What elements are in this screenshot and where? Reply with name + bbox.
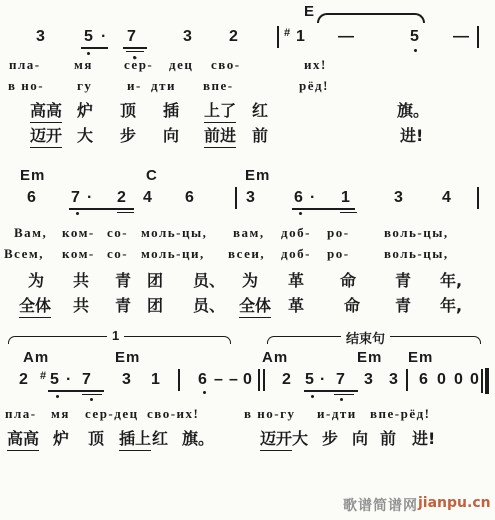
- lyric-ru: рёд!: [299, 78, 329, 94]
- jianpu-note: 1: [341, 189, 350, 207]
- chord-row-3: AmEmAmEmEm: [0, 349, 495, 371]
- lyric-ru: сво-: [211, 57, 241, 73]
- lyric-zh: 员、: [193, 293, 225, 316]
- rhythm-underline: [48, 390, 104, 392]
- lyric-zh: 团: [147, 268, 163, 291]
- lyric-zh: 向: [163, 123, 179, 146]
- lyric-zh: 向: [352, 426, 368, 449]
- lyric-zh: 青: [115, 268, 131, 291]
- octave-dot: [311, 395, 314, 398]
- lyric-zh: 团: [147, 293, 163, 316]
- lyric-zh: 高高: [7, 426, 39, 451]
- lyric-ru: воль-цы,: [384, 246, 449, 262]
- lyric-ru: всеи,: [228, 246, 265, 262]
- rhythm-underline: [69, 208, 134, 210]
- lyric-zh: 进!: [400, 123, 423, 146]
- lyric-zh: 迈开: [30, 123, 62, 148]
- jianpu-note: ·: [320, 371, 326, 389]
- rhythm-underline: [334, 394, 354, 396]
- octave-dot: [203, 391, 206, 394]
- rhythm-underline: [292, 208, 355, 210]
- watermark-site-url: jianpu.cn: [418, 495, 491, 511]
- lyric-zh: 上了: [204, 98, 236, 123]
- octave-dot: [76, 212, 79, 215]
- jianpu-note: 1: [151, 371, 160, 389]
- jianpu-note: 3: [122, 371, 131, 389]
- watermark-site-name: 歌谱简谱网: [343, 495, 418, 515]
- lyric-zh: 炉: [77, 98, 93, 121]
- lyric-zh: 命: [344, 293, 360, 316]
- rhythm-underline: [123, 47, 147, 49]
- octave-dot: [340, 398, 343, 401]
- lyric-zh: 旗。: [182, 426, 214, 449]
- lyric-zh: 全体: [19, 293, 51, 318]
- jianpu-note: ·: [310, 189, 316, 207]
- jianpu-note: 3: [389, 371, 398, 389]
- jianpu-note: —: [453, 28, 470, 46]
- jianpu-note: #: [284, 27, 291, 39]
- lyric-ru: гу: [77, 78, 92, 94]
- jianpu-note: 2: [117, 189, 126, 207]
- lyric-ru: воль-цы,: [384, 225, 449, 241]
- jianpu-note: 3: [394, 189, 403, 207]
- lyric-row-ru-2: в но-гуи-дтивпе-рёд!: [0, 78, 495, 100]
- rhythm-underline: [304, 390, 358, 392]
- jianpu-note: 7: [127, 28, 136, 46]
- lyric-ru: со-: [107, 246, 128, 262]
- jianpu-note: 2: [19, 371, 28, 389]
- lyric-row-zh-4: 全体共青团员、全体革命青年,: [0, 293, 495, 315]
- jianpu-note: 6: [419, 371, 428, 389]
- jianpu-note: 3: [36, 28, 45, 46]
- lyric-ru: доб-: [281, 225, 311, 241]
- lyric-ru: сво-их!: [147, 406, 199, 422]
- lyric-ru: ком-: [62, 246, 95, 262]
- barline: [263, 369, 265, 391]
- lyric-zh: 炉: [53, 426, 69, 449]
- jianpu-note: 5: [84, 28, 93, 46]
- jianpu-note: 5: [305, 371, 314, 389]
- jianpu-note: —: [338, 28, 355, 46]
- chord-label: Em: [408, 349, 433, 366]
- lyric-ru: ро-: [327, 225, 350, 241]
- jianpu-note: –: [214, 371, 223, 389]
- jianpu-note: 3: [364, 371, 373, 389]
- chord-label: Em: [115, 349, 140, 366]
- jianpu-note: ·: [87, 189, 93, 207]
- lyric-ru: сер-дец: [85, 406, 139, 422]
- lyric-ru: со-: [107, 225, 128, 241]
- jianpu-note: 1: [296, 28, 305, 46]
- lyric-row-ru-1: пла-мясе́р-децсво-их!: [0, 57, 495, 79]
- lyric-zh: 步: [322, 426, 338, 449]
- chord-label: Em: [357, 349, 382, 366]
- lyric-row-ru-4: Всем,ком-со-моль-ци,всеи,доб-ро-воль-цы,: [0, 246, 495, 268]
- lyric-zh: 为: [28, 268, 44, 291]
- jianpu-note: 3: [246, 189, 255, 207]
- lyric-row-zh-1: 高高炉顶插上了红旗。: [0, 98, 495, 120]
- lyric-ru: Вам,: [14, 225, 47, 241]
- lyric-ru: мя: [51, 406, 70, 422]
- lyric-ru: вам,: [233, 225, 265, 241]
- octave-dot: [299, 212, 302, 215]
- lyric-zh: 年,: [440, 293, 462, 316]
- lyric-ru: в но-: [8, 78, 44, 94]
- chord-label: Am: [262, 349, 288, 366]
- final-barline-thin: [481, 369, 483, 393]
- lyric-zh: 步: [120, 123, 136, 146]
- final-barline-thick: [485, 368, 489, 394]
- lyric-zh: 为: [242, 268, 258, 291]
- lyric-zh: 前: [252, 123, 268, 146]
- rhythm-underline: [117, 212, 134, 214]
- jianpu-note: 2: [229, 28, 238, 46]
- lyric-zh: 插: [163, 98, 179, 121]
- lyric-zh: 共: [73, 293, 89, 316]
- rhythm-underline: [81, 47, 108, 49]
- jianpu-note: 7: [71, 189, 80, 207]
- octave-dot: [87, 52, 90, 55]
- lyric-zh: 年,: [440, 268, 462, 291]
- jianpu-note: 7: [336, 371, 345, 389]
- lyric-ru: пла-: [5, 406, 37, 422]
- lyric-zh: 全体: [239, 293, 271, 318]
- rhythm-underline: [82, 394, 102, 396]
- lyric-ru: се́р-: [124, 57, 153, 73]
- lyric-zh: 旗。: [397, 98, 429, 121]
- octave-dot: [56, 395, 59, 398]
- octave-dot: [414, 49, 417, 52]
- lyric-zh: 插上: [119, 426, 151, 451]
- lyric-zh: 命: [340, 268, 356, 291]
- lyric-zh: 红: [152, 426, 168, 449]
- octave-dot: [90, 398, 93, 401]
- volta-label-1: 1: [107, 328, 124, 343]
- jianpu-note: –: [229, 371, 238, 389]
- jianpu-note: 4: [442, 189, 451, 207]
- barline: [178, 369, 180, 391]
- lyric-row-ru-5: пла-мясер-децсво-их!в но-гуи-дтивпе-рёд!: [0, 406, 495, 428]
- chord-label: Em: [20, 167, 45, 184]
- jianpu-note: 0: [454, 371, 463, 389]
- lyric-ru: пла-: [9, 57, 41, 73]
- lyric-ru: и-: [127, 78, 142, 94]
- lyric-zh: 青: [395, 268, 411, 291]
- barline: [477, 187, 479, 209]
- lyric-zh: 大: [77, 123, 93, 146]
- jianpu-note: 6: [198, 371, 207, 389]
- lyric-zh: 大: [292, 426, 308, 449]
- lyric-zh: 青: [395, 293, 411, 316]
- lyric-zh: 共: [73, 268, 89, 291]
- barline: [406, 369, 408, 391]
- jianpu-note: ·: [66, 371, 72, 389]
- lyric-row-zh-5: 高高炉顶插上红旗。迈开大步向前进!: [0, 426, 495, 448]
- jianpu-note: 0: [437, 371, 446, 389]
- lyric-zh: 青: [115, 293, 131, 316]
- barline: [477, 26, 479, 48]
- lyric-ru: и-дти: [317, 406, 357, 422]
- jianpu-note: 7: [82, 371, 91, 389]
- lyric-ru: их!: [304, 57, 327, 73]
- jianpu-note: #: [40, 370, 47, 382]
- chord-label: Em: [245, 167, 270, 184]
- lyric-ru: ро-: [327, 246, 350, 262]
- lyric-zh: 迈开: [260, 426, 292, 451]
- lyric-ru: дец: [169, 57, 193, 73]
- chord-label: E: [304, 3, 315, 20]
- jianpu-note: 3: [183, 28, 192, 46]
- sheet-music-page: E 35·732#1—5— пла-мясе́р-децсво-их! в но…: [0, 0, 495, 520]
- lyric-ru: мя: [74, 57, 93, 73]
- lyric-ru: впе-рёд!: [370, 406, 431, 422]
- lyric-zh: 进!: [412, 426, 435, 449]
- volta-label-ending: 结束句: [341, 328, 390, 347]
- lyric-zh: 顶: [120, 98, 136, 121]
- lyric-row-ru-3: Вам,ком-со-моль-цы,вам,доб-ро-воль-цы,: [0, 225, 495, 247]
- jianpu-note: 4: [143, 189, 152, 207]
- lyric-zh: 高高: [30, 98, 62, 123]
- lyric-zh: 顶: [88, 426, 104, 449]
- barline: [235, 187, 237, 209]
- tie-slur: [317, 13, 425, 23]
- jianpu-note: 5: [50, 371, 59, 389]
- note-row-1: 35·732#1—5—: [0, 28, 495, 50]
- lyric-ru: моль-цы,: [141, 225, 207, 241]
- lyric-zh: 员、: [193, 268, 225, 291]
- lyric-zh: 前: [380, 426, 396, 449]
- lyric-zh: 革: [288, 268, 304, 291]
- jianpu-note: 5: [410, 28, 419, 46]
- lyric-zh: 前进: [204, 123, 236, 148]
- lyric-zh: 革: [288, 293, 304, 316]
- jianpu-note: ·: [101, 28, 107, 46]
- chord-label: C: [146, 167, 158, 184]
- lyric-row-zh-2: 迈开大步向前进前进!: [0, 123, 495, 145]
- lyric-ru: Всем,: [4, 246, 44, 262]
- chord-label: Am: [23, 349, 49, 366]
- jianpu-note: 0: [243, 371, 252, 389]
- rhythm-underline: [126, 51, 144, 53]
- lyric-ru: ком-: [62, 225, 95, 241]
- lyric-ru: дти: [151, 78, 176, 94]
- barline: [258, 369, 260, 391]
- lyric-ru: в но-гу: [244, 406, 296, 422]
- jianpu-note: 0: [470, 371, 479, 389]
- chord-row-2: EmCEm: [0, 167, 495, 189]
- lyric-ru: впе-: [203, 78, 234, 94]
- lyric-ru: доб-: [281, 246, 311, 262]
- rhythm-underline: [340, 212, 357, 214]
- lyric-row-zh-3: 为共青团员、为革命青年,: [0, 268, 495, 290]
- jianpu-note: 6: [27, 189, 36, 207]
- lyric-zh: 红: [252, 98, 268, 121]
- jianpu-note: 6: [185, 189, 194, 207]
- jianpu-note: 2: [282, 371, 291, 389]
- barline: [277, 26, 279, 48]
- lyric-ru: моль-ци,: [141, 246, 205, 262]
- jianpu-note: 6: [294, 189, 303, 207]
